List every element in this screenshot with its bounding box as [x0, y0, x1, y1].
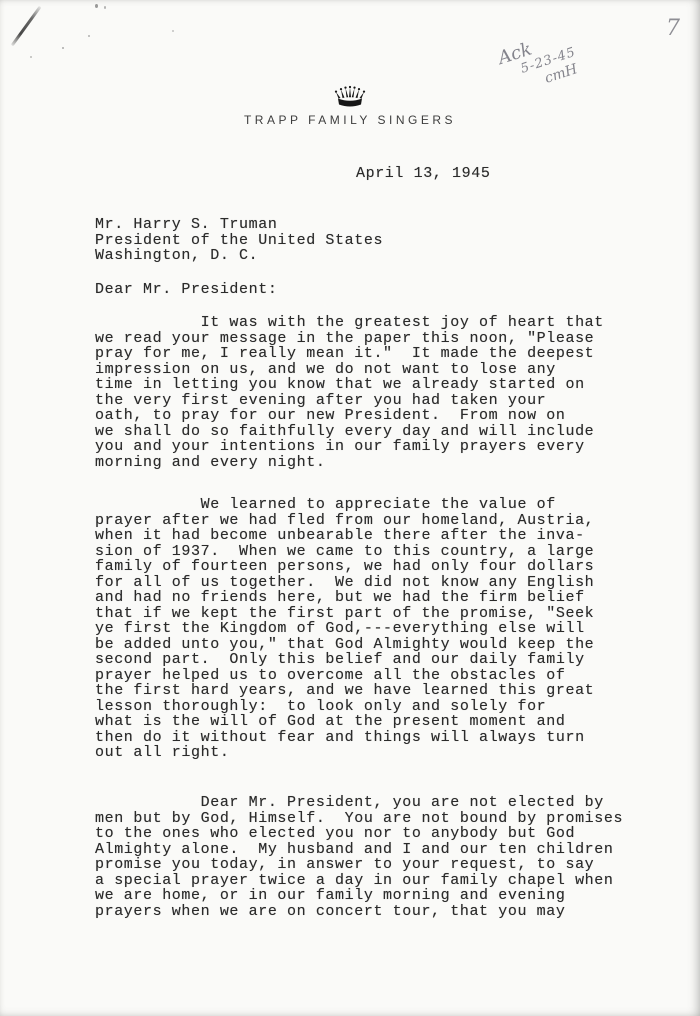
recipient-line-1: Mr. Harry S. Truman: [95, 216, 277, 233]
page-number: 7: [666, 16, 680, 41]
recipient-line-3: Washington, D. C.: [95, 247, 258, 264]
recipient-line-2: President of the United States: [95, 232, 383, 249]
letter-page: Ack 5-23-45 cmH 7: [0, 0, 700, 1016]
recipient-address: Mr. Harry S. Truman President of the Uni…: [95, 217, 383, 264]
pencil-slash-mark: [11, 6, 42, 47]
paragraph-3: Dear Mr. President, you are not elected …: [95, 795, 623, 919]
letterhead-organization: TRAPP FAMILY SINGERS: [0, 113, 700, 127]
paper-speck: [30, 56, 32, 58]
handwritten-note: Ack 5-23-45 cmH: [490, 5, 654, 118]
paragraph-1: It was with the greatest joy of heart th…: [95, 315, 604, 470]
paragraph-2: We learned to appreciate the value of pr…: [95, 497, 594, 761]
paper-speck: [62, 47, 64, 49]
paper-speck: [104, 6, 106, 9]
paper-speck: [95, 4, 98, 8]
letter-date: April 13, 1945: [356, 166, 490, 182]
crown-icon: [333, 84, 367, 113]
paper-speck: [88, 35, 90, 37]
paper-speck: [172, 30, 174, 32]
salutation: Dear Mr. President:: [95, 282, 277, 298]
